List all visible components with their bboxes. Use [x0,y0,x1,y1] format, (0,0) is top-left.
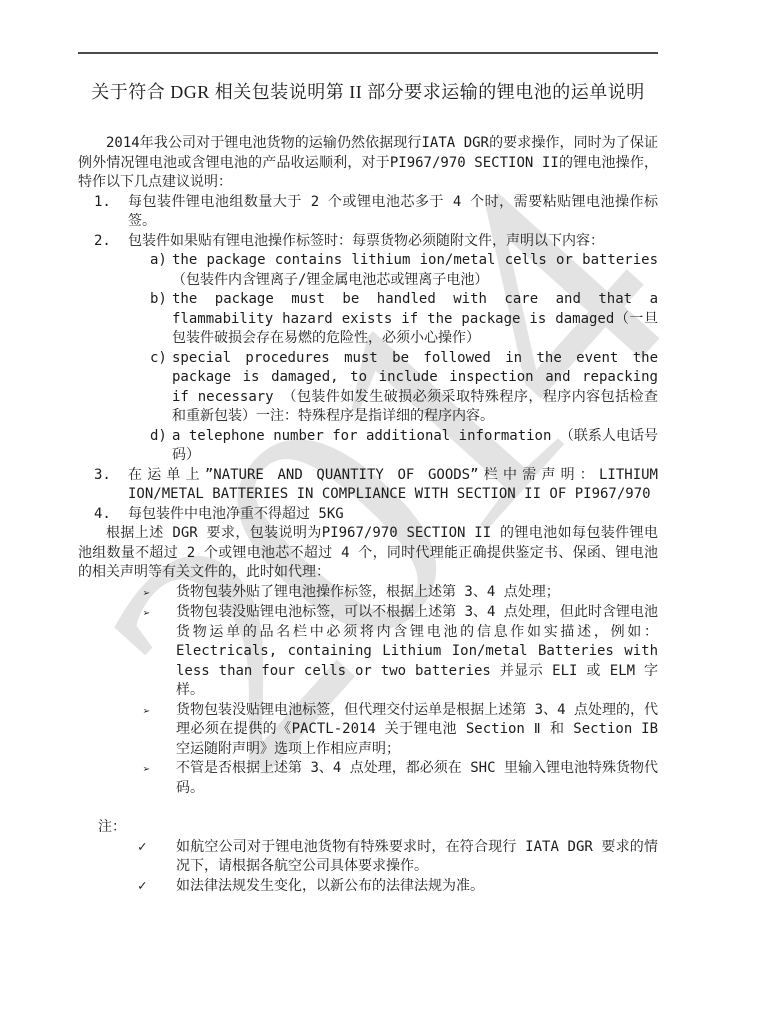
note-item: ✓ 如航空公司对于锂电池货物有特殊要求时，在符合现行 IATA DGR 要求的情… [78,838,658,877]
list-item: d) a telephone number for additional inf… [78,427,658,466]
lettered-sublist: a) the package contains lithium ion/meta… [78,251,658,466]
list-item-letter: b) [150,290,172,310]
list-item-number: 3. [94,466,128,486]
list-item-text: 包装件如果贴有锂电池操作标签时：每票货物必须随附文件，声明以下内容： [128,232,658,252]
list-item: 1. 每包装件锂电池组数量大于 2 个或锂电池芯多于 4 个时，需要粘贴锂电池操… [78,193,658,232]
header-rule [78,52,658,54]
arrow-bullet-list: ➢ 货物包装外贴了锂电池操作标签，根据上述第 3、4 点处理； ➢ 货物包装没贴… [78,583,658,799]
note-item-text: 如航空公司对于锂电池货物有特殊要求时，在符合现行 IATA DGR 要求的情况下… [176,838,658,877]
list-item-number: 2. [94,232,128,252]
list-item-number: 1. [94,193,128,213]
list-item-text: 在运单上”NATURE AND QUANTITY OF GOODS”栏中需声明：… [128,466,658,505]
arrow-bullet-icon: ➢ [143,759,176,780]
list-item: 3. 在运单上”NATURE AND QUANTITY OF GOODS”栏中需… [78,466,658,505]
document-content: 关于符合 DGR 相关包装说明第 II 部分要求运输的锂电池的运单说明 2014… [78,52,658,896]
list-item: 4. 每包装件中电池净重不得超过 5KG [78,505,658,525]
arrow-bullet-icon: ➢ [143,603,176,624]
note-item-text: 如法律法规发生变化，以新公布的法律法规为准。 [176,877,658,897]
list-item-text: 每包装件锂电池组数量大于 2 个或锂电池芯多于 4 个时，需要粘贴锂电池操作标签… [128,193,658,232]
bullet-item-text: 货物包装外贴了锂电池操作标签，根据上述第 3、4 点处理； [176,583,658,603]
document-page: 2014 关于符合 DGR 相关包装说明第 II 部分要求运输的锂电池的运单说明… [0,0,770,1024]
arrow-bullet-icon: ➢ [143,583,176,604]
list-item-text: a telephone number for additional inform… [172,427,658,466]
list-item-text: the package contains lithium ion/metal c… [172,251,658,290]
bullet-item: ➢ 货物包装没贴锂电池标签，可以不根据上述第 3、4 点处理，但此时含锂电池货物… [78,603,658,701]
document-title: 关于符合 DGR 相关包装说明第 II 部分要求运输的锂电池的运单说明 [78,80,658,104]
middle-paragraph: 根据上述 DGR 要求，包装说明为PI967/970 SECTION II 的锂… [78,524,658,583]
list-item-letter: d) [150,427,172,447]
note-label: 注： [98,818,658,838]
bullet-item-text: 货物包装没贴锂电池标签，但代理交付运单是根据上述第 3、4 点处理的，代理必须在… [176,701,658,760]
check-icon: ✓ [138,877,176,897]
bullet-item: ➢ 不管是否根据上述第 3、4 点处理，都必须在 SHC 里输入锂电池特殊货物代… [78,759,658,798]
note-item: ✓ 如法律法规发生变化，以新公布的法律法规为准。 [78,877,658,897]
intro-paragraph: 2014年我公司对于锂电池货物的运输仍然依据现行IATA DGR的要求操作，同时… [78,134,658,193]
bullet-item: ➢ 货物包装外贴了锂电池操作标签，根据上述第 3、4 点处理； [78,583,658,604]
list-item-text: 每包装件中电池净重不得超过 5KG [128,505,658,525]
numbered-list-continued: 3. 在运单上”NATURE AND QUANTITY OF GOODS”栏中需… [78,466,658,525]
bullet-item-text: 不管是否根据上述第 3、4 点处理，都必须在 SHC 里输入锂电池特殊货物代码。 [176,759,658,798]
numbered-list: 1. 每包装件锂电池组数量大于 2 个或锂电池芯多于 4 个时，需要粘贴锂电池操… [78,193,658,252]
list-item-letter: a) [150,251,172,271]
list-item: 2. 包装件如果贴有锂电池操作标签时：每票货物必须随附文件，声明以下内容： [78,232,658,252]
check-icon: ✓ [138,838,176,858]
list-item: a) the package contains lithium ion/meta… [78,251,658,290]
list-item-text: special procedures must be followed in t… [172,349,658,427]
arrow-bullet-icon: ➢ [143,701,176,722]
list-item-letter: c) [150,349,172,369]
bullet-item-text: 货物包装没贴锂电池标签，可以不根据上述第 3、4 点处理，但此时含锂电池货物运单… [176,603,658,701]
check-bullet-list: ✓ 如航空公司对于锂电池货物有特殊要求时，在符合现行 IATA DGR 要求的情… [78,838,658,897]
list-item-text: the package must be handled with care an… [172,290,658,349]
list-item: b) the package must be handled with care… [78,290,658,349]
list-item-number: 4. [94,505,128,525]
bullet-item: ➢ 货物包装没贴锂电池标签，但代理交付运单是根据上述第 3、4 点处理的，代理必… [78,701,658,760]
list-item: c) special procedures must be followed i… [78,349,658,427]
